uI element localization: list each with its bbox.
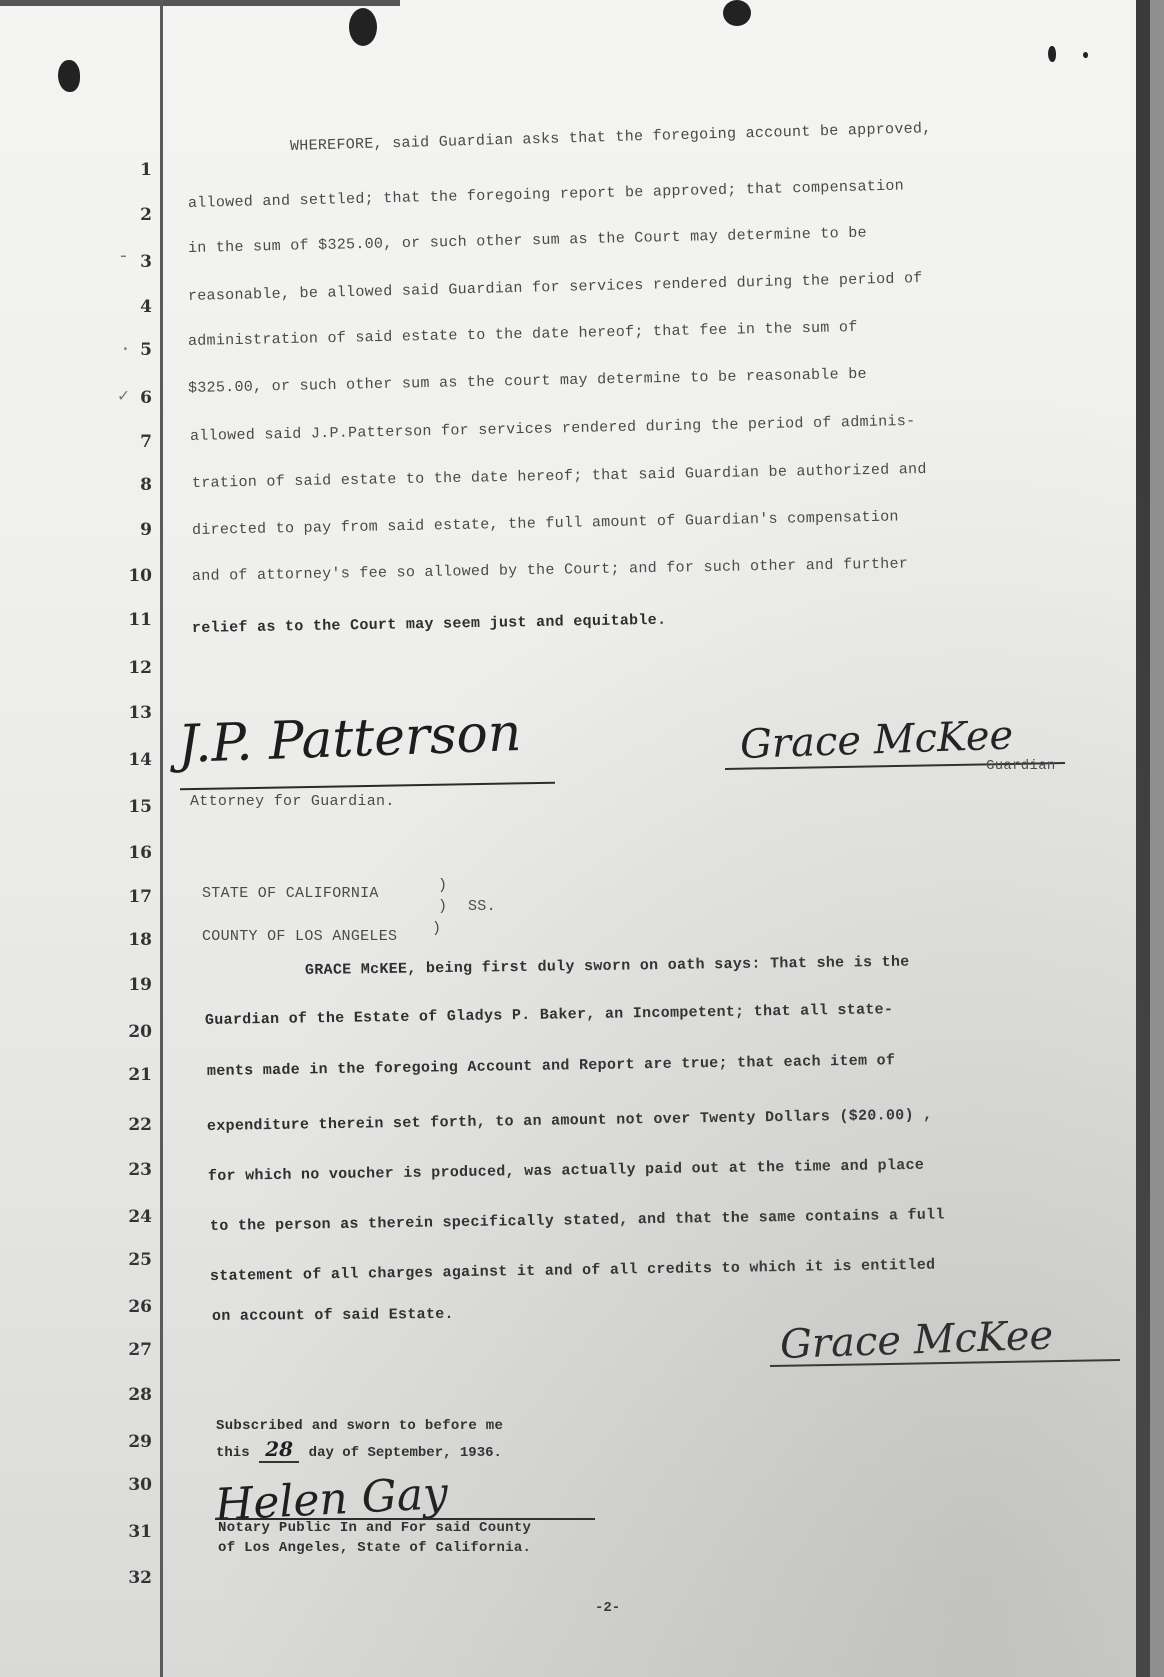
line-number: 30 <box>112 1475 152 1495</box>
punch-hole-left <box>349 8 377 46</box>
page-number: -2- <box>595 1600 620 1616</box>
ink-speck <box>1048 46 1056 62</box>
line-number: 12 <box>112 658 152 678</box>
line-number: 31 <box>112 1522 152 1542</box>
line-number: 14 <box>112 750 152 770</box>
line-number: 8 <box>112 475 152 495</box>
scan-edge-right <box>1136 0 1150 1677</box>
scan-edge-top <box>0 0 400 6</box>
line-number: 3 <box>112 252 152 272</box>
verification-line: statement of all charges against it and … <box>210 1257 936 1285</box>
jurat-line: Subscribed and sworn to before me <box>216 1418 503 1434</box>
affiant-signature: Grace McKee <box>779 1312 1054 1368</box>
line-number: 13 <box>112 703 152 723</box>
line-number: 23 <box>112 1160 152 1180</box>
line-number: 5 <box>112 340 152 360</box>
line-number: 11 <box>112 610 152 630</box>
petition-line: reasonable, be allowed said Guardian for… <box>188 270 923 305</box>
attorney-caption: Attorney for Guardian. <box>190 793 395 810</box>
verification-line: to the person as therein specifically st… <box>210 1206 945 1235</box>
petition-line: allowed and settled; that the foregoing … <box>188 178 904 212</box>
line-number: 7 <box>112 432 152 452</box>
attorney-signature-line <box>180 782 555 791</box>
verification-line: ments made in the foregoing Account and … <box>207 1052 895 1080</box>
attorney-signature: J.P. Patterson <box>177 703 522 775</box>
jurat-suffix: day of September, 1936. <box>309 1445 502 1461</box>
venue-county: COUNTY OF LOS ANGELES <box>202 928 397 945</box>
petition-line: tration of said estate to the date hereo… <box>192 461 927 492</box>
jurat-prefix: this <box>216 1445 250 1461</box>
line-number: 29 <box>112 1432 152 1452</box>
guardian-caption: Guardian <box>986 758 1056 774</box>
line-number: 18 <box>112 930 152 950</box>
petition-line: and of attorney's fee so allowed by the … <box>192 556 908 585</box>
venue-ss: SS. <box>468 898 496 915</box>
petition-line: administration of said estate to the dat… <box>188 319 858 350</box>
petition-line: $325.00, or such other sum as the court … <box>188 366 867 397</box>
line-number: 26 <box>112 1297 152 1317</box>
notary-caption: of Los Angeles, State of California. <box>218 1540 531 1556</box>
venue-state: STATE OF CALIFORNIA <box>202 885 379 902</box>
verification-line: Guardian of the Estate of Gladys P. Bake… <box>205 1001 893 1029</box>
line-number: 9 <box>112 520 152 540</box>
line-number: 20 <box>112 1022 152 1042</box>
margin-rule <box>160 0 163 1677</box>
line-number: 22 <box>112 1115 152 1135</box>
line-number: 17 <box>112 887 152 907</box>
line-number: 19 <box>112 975 152 995</box>
verification-line: for which no voucher is produced, was ac… <box>208 1157 924 1185</box>
document-page: - · ✓ 1234567891011121314151617181920212… <box>0 0 1150 1677</box>
venue-bracket: ) <box>438 898 447 915</box>
punch-hole-right <box>723 0 751 26</box>
line-number: 24 <box>112 1207 152 1227</box>
ink-blot <box>58 60 80 92</box>
line-number: 2 <box>112 205 152 225</box>
venue-bracket: ) <box>432 920 441 937</box>
jurat-date-line: this 28 day of September, 1936. <box>216 1437 502 1461</box>
petition-line: directed to pay from said estate, the fu… <box>192 508 899 539</box>
line-number: 32 <box>112 1568 152 1588</box>
ink-speck <box>1083 52 1088 58</box>
line-number: 27 <box>112 1340 152 1360</box>
line-number: 21 <box>112 1065 152 1085</box>
line-number: 1 <box>112 160 152 180</box>
line-number: 10 <box>112 566 152 586</box>
petition-line: allowed said J.P.Patterson for services … <box>190 413 916 445</box>
notary-caption: Notary Public In and For said County <box>218 1520 531 1536</box>
line-number: 4 <box>112 297 152 317</box>
verification-line: expenditure therein set forth, to an amo… <box>207 1107 933 1135</box>
verification-line: on account of said Estate. <box>212 1306 454 1325</box>
venue-bracket: ) <box>438 877 447 894</box>
line-number: 15 <box>112 797 152 817</box>
petition-line: WHEREFORE, said Guardian asks that the f… <box>290 120 932 155</box>
petition-line: in the sum of $325.00, or such other sum… <box>188 225 867 257</box>
line-number: 6 <box>112 388 152 408</box>
petition-line: relief as to the Court may seem just and… <box>192 612 667 637</box>
line-number: 25 <box>112 1250 152 1270</box>
verification-line: GRACE McKEE, being first duly sworn on o… <box>305 954 910 979</box>
guardian-signature: Grace McKee <box>739 712 1014 768</box>
line-number: 16 <box>112 843 152 863</box>
jurat-day: 28 <box>259 1437 299 1463</box>
line-number: 28 <box>112 1385 152 1405</box>
